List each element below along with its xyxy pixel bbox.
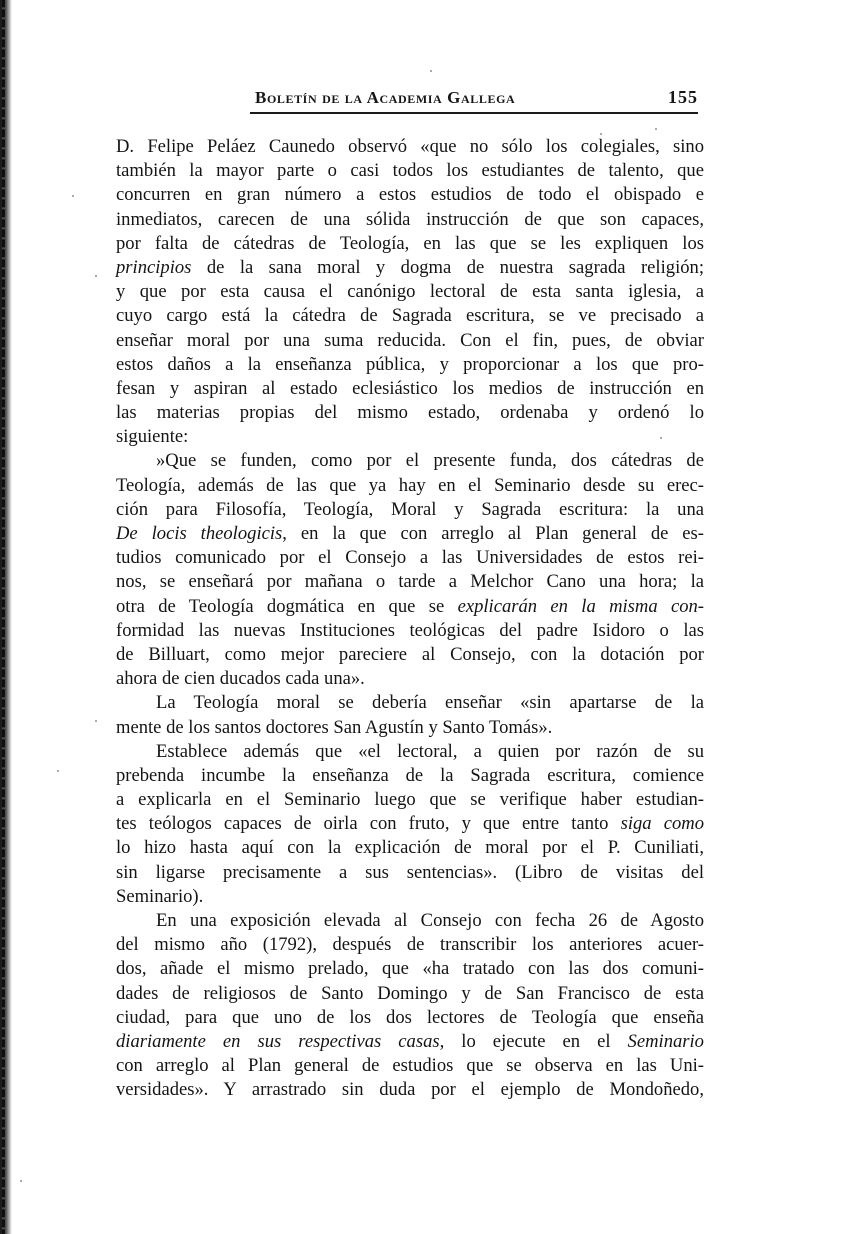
text-span: Seminario). <box>116 886 203 907</box>
text-line: estos daños a la enseñanza pública, y pr… <box>116 353 704 377</box>
text-line: diariamente en sus respectivas casas, lo… <box>116 1030 704 1054</box>
text-span: Establece además que «el lectoral, a qui… <box>156 741 704 762</box>
page-number: 155 <box>668 87 698 108</box>
italic-span: De locis theologicis <box>116 523 282 544</box>
text-span: tes teólogos capaces de oirla con fruto,… <box>116 813 621 834</box>
text-line: formidad las nuevas Instituciones teológ… <box>116 619 704 643</box>
text-line: cuyo cargo está la cátedra de Sagrada es… <box>116 304 704 328</box>
scan-speck <box>20 1180 22 1182</box>
text-span: con arreglo al Plan general de estudios … <box>116 1055 704 1076</box>
text-line: D. Felipe Peláez Caunedo observó «que no… <box>116 135 704 159</box>
text-line: de Billuart, como mejor pareciere al Con… <box>116 643 704 667</box>
running-title: Boletín de la Academia Gallega <box>255 88 515 108</box>
text-span: fesan y aspiran al estado eclesiástico l… <box>116 378 704 399</box>
text-line: a explicarla en el Seminario luego que s… <box>116 788 704 812</box>
text-span: La Teología moral se debería enseñar «si… <box>156 692 704 713</box>
scan-speck <box>95 275 97 277</box>
scan-speck <box>655 128 657 130</box>
text-line: enseñar moral por una suma reducida. Con… <box>116 329 704 353</box>
text-span: ción para Filosofía, Teología, Moral y S… <box>116 499 704 520</box>
italic-span: diariamente en sus respectivas casas, <box>116 1031 444 1052</box>
text-line: mente de los santos doctores San Agustín… <box>116 716 704 740</box>
text-line: concurren en gran número a estos estudio… <box>116 183 704 207</box>
text-line: con arreglo al Plan general de estudios … <box>116 1054 704 1078</box>
text-line: versidades». Y arrastrado sin duda por e… <box>116 1078 704 1102</box>
text-span: mente de los santos doctores San Agustín… <box>116 717 552 738</box>
page-binding-edge <box>0 0 12 1234</box>
text-span: nos, se enseñará por mañana o tarde a Me… <box>116 571 704 592</box>
text-line: En una exposición elevada al Consejo con… <box>116 909 704 933</box>
text-line: otra de Teología dogmática en que se exp… <box>116 595 704 619</box>
text-line: siguiente: <box>116 425 704 449</box>
text-span: ciudad, para que uno de los dos lectores… <box>116 1007 704 1028</box>
text-span: concurren en gran número a estos estudio… <box>116 184 704 205</box>
text-line: dos, añade el mismo prelado, que «ha tra… <box>116 957 704 981</box>
text-span: las materias propias del mismo estado, o… <box>116 402 704 423</box>
text-span: dades de religiosos de Santo Domingo y d… <box>116 983 704 1004</box>
running-header: Boletín de la Academia Gallega 155 <box>250 86 700 110</box>
body-text: D. Felipe Peláez Caunedo observó «que no… <box>116 135 704 1103</box>
text-span: tudios comunicado por el Consejo a las U… <box>116 547 704 568</box>
text-span: por falta de cátedras de Teología, en la… <box>116 233 704 254</box>
text-line: dades de religiosos de Santo Domingo y d… <box>116 982 704 1006</box>
text-span: otra de Teología dogmática en que se <box>116 596 458 617</box>
scan-speck <box>430 70 432 72</box>
text-line: inmediatos, carecen de una sólida instru… <box>116 208 704 232</box>
text-span: En una exposición elevada al Consejo con… <box>156 910 704 931</box>
text-span: del mismo año (1792), después de transcr… <box>116 934 704 955</box>
text-line: La Teología moral se debería enseñar «si… <box>116 691 704 715</box>
text-line: las materias propias del mismo estado, o… <box>116 401 704 425</box>
text-line: ciudad, para que uno de los dos lectores… <box>116 1006 704 1030</box>
italic-span: siga como <box>621 813 704 834</box>
text-line: ción para Filosofía, Teología, Moral y S… <box>116 498 704 522</box>
scan-speck <box>660 437 662 439</box>
text-span: dos, añade el mismo prelado, que «ha tra… <box>116 958 704 979</box>
text-line: Teología, además de las que ya hay en el… <box>116 474 704 498</box>
text-line: »Que se funden, como por el presente fun… <box>116 449 704 473</box>
text-line: Establece además que «el lectoral, a qui… <box>116 740 704 764</box>
text-span: D. Felipe Peláez Caunedo observó «que no… <box>116 136 704 157</box>
text-line: ahora de cien ducados cada una». <box>116 667 704 691</box>
text-line: nos, se enseñará por mañana o tarde a Me… <box>116 570 704 594</box>
text-line: sin ligarse precisamente a sus sentencia… <box>116 861 704 885</box>
text-span: inmediatos, carecen de una sólida instru… <box>116 209 704 230</box>
text-span: y que por esta causa el canónigo lectora… <box>116 281 704 302</box>
text-span: sin ligarse precisamente a sus sentencia… <box>116 862 704 883</box>
text-span: lo hizo hasta aquí con la explicación de… <box>116 837 704 858</box>
text-line: prebenda incumbe la enseñanza de la Sagr… <box>116 764 704 788</box>
text-span: estos daños a la enseñanza pública, y pr… <box>116 354 704 375</box>
text-line: del mismo año (1792), después de transcr… <box>116 933 704 957</box>
text-span: formidad las nuevas Instituciones teológ… <box>116 620 704 641</box>
header-rule <box>250 112 698 114</box>
text-span: Teología, además de las que ya hay en el… <box>116 475 704 496</box>
text-span: de Billuart, como mejor pareciere al Con… <box>116 644 704 665</box>
text-span: siguiente: <box>116 426 188 447</box>
text-span: ahora de cien ducados cada una». <box>116 668 365 689</box>
text-line: tes teólogos capaces de oirla con fruto,… <box>116 812 704 836</box>
scan-speck <box>600 133 602 135</box>
text-line: por falta de cátedras de Teología, en la… <box>116 232 704 256</box>
text-line: tudios comunicado por el Consejo a las U… <box>116 546 704 570</box>
italic-span: principios <box>116 257 191 278</box>
italic-span: explicarán en la misma con- <box>458 596 704 617</box>
text-span: de la sana moral y dogma de nuestra sagr… <box>191 257 704 278</box>
text-span: también la mayor parte o casi todos los … <box>116 160 704 181</box>
scan-speck <box>72 195 74 197</box>
text-line: lo hizo hasta aquí con la explicación de… <box>116 836 704 860</box>
scan-speck <box>57 770 59 772</box>
text-span: »Que se funden, como por el presente fun… <box>156 450 704 471</box>
text-line: fesan y aspiran al estado eclesiástico l… <box>116 377 704 401</box>
text-line: Seminario). <box>116 885 704 909</box>
italic-span: Seminario <box>628 1031 704 1052</box>
text-span: cuyo cargo está la cátedra de Sagrada es… <box>116 305 704 326</box>
text-span: enseñar moral por una suma reducida. Con… <box>116 330 704 351</box>
text-span: , en la que con arreglo al Plan general … <box>282 523 704 544</box>
text-line: también la mayor parte o casi todos los … <box>116 159 704 183</box>
text-line: De locis theologicis, en la que con arre… <box>116 522 704 546</box>
text-span: prebenda incumbe la enseñanza de la Sagr… <box>116 765 704 786</box>
text-span: versidades». Y arrastrado sin duda por e… <box>116 1079 704 1100</box>
text-line: principios de la sana moral y dogma de n… <box>116 256 704 280</box>
scan-speck <box>95 720 97 722</box>
text-span: a explicarla en el Seminario luego que s… <box>116 789 704 810</box>
text-line: y que por esta causa el canónigo lectora… <box>116 280 704 304</box>
text-span: lo ejecute en el <box>444 1031 627 1052</box>
